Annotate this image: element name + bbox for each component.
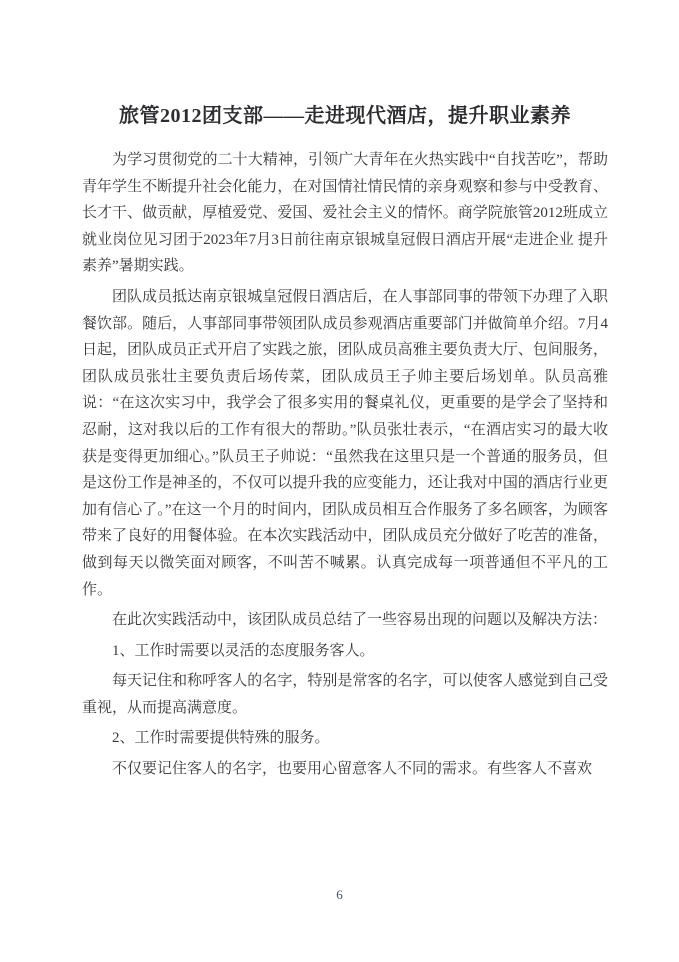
paragraph-intro: 为学习贯彻党的二十大精神，引领广大青年在火热实践中“自找苦吃”，帮助青年学生不断… [82, 147, 608, 280]
list-item-1-body: 每天记住和称呼客人的名字，特别是常客的名字，可以使客人感觉到自己受重视，从而提高… [82, 668, 608, 721]
document-page: 旅管2012团支部——走进现代酒店，提升职业素养 为学习贯彻党的二十大精神，引领… [0, 0, 679, 962]
document-body: 旅管2012团支部——走进现代酒店，提升职业素养 为学习贯彻党的二十大精神，引领… [82, 101, 608, 787]
list-item-2-body: 不仅要记住客人的名字，也要用心留意客人不同的需求。有些客人不喜欢 [82, 756, 608, 783]
list-item-2-title: 2、工作时需要提供特殊的服务。 [82, 725, 608, 752]
page-number: 6 [0, 886, 679, 904]
paragraph-summary-lead: 在此次实践活动中，该团队成员总结了一些容易出现的问题以及解决方法： [82, 607, 608, 634]
document-title: 旅管2012团支部——走进现代酒店，提升职业素养 [82, 101, 608, 131]
paragraph-practice-details: 团队成员抵达南京银城皇冠假日酒店后，在人事部同事的带领下办理了入职餐饮部。随后，… [82, 284, 608, 603]
list-item-1-title: 1、工作时需要以灵活的态度服务客人。 [82, 638, 608, 665]
